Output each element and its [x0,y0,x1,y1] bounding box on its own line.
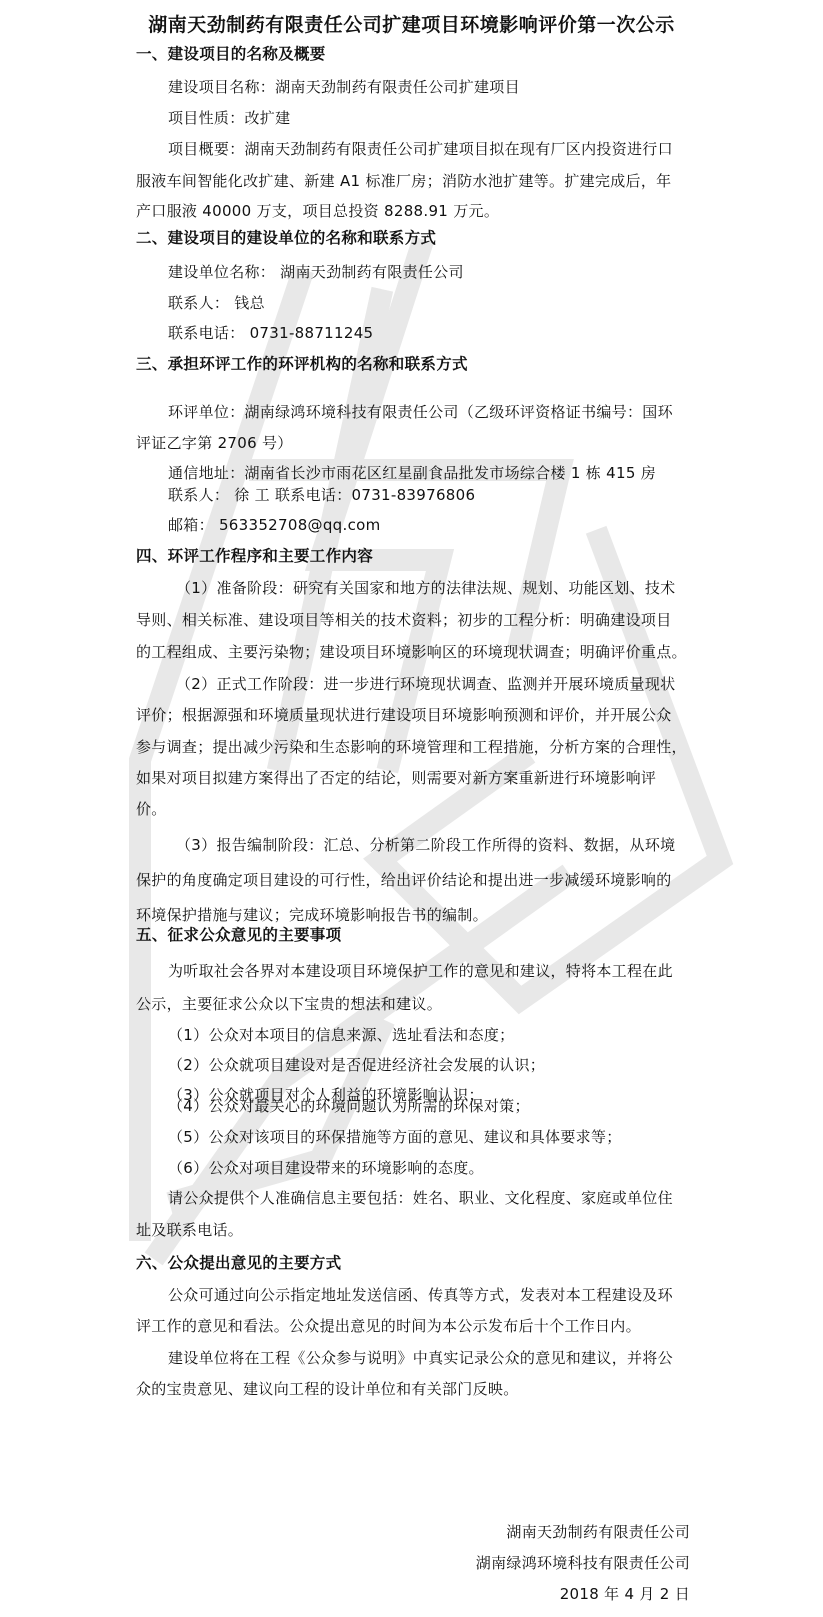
signature-company-2: 湖南绿鸿环境科技有限责任公司 [476,1553,690,1573]
paragraph-line: 址及联系电话。 [136,1220,243,1240]
section-heading-6: 六、公众提出意见的主要方式 [136,1253,341,1273]
paragraph-line: 建设单位将在工程《公众参与说明》中真实记录公众的意见和建议，并将公 [168,1348,673,1368]
list-item: （4）公众对最关心的环境问题认为所需的环保对策； [168,1096,530,1116]
paragraph-line: 请公众提供个人准确信息主要包括：姓名、职业、文化程度、家庭或单位住 [168,1188,673,1208]
list-item: （5）公众对该项目的环保措施等方面的意见、建议和具体要求等； [168,1127,622,1147]
paragraph-line: 公众可通过向公示指定地址发送信函、传真等方式，发表对本工程建设及环 [168,1285,673,1305]
list-item: （6）公众对项目建设带来的环境影响的态度。 [168,1158,484,1178]
paragraph-line: 评工作的意见和看法。公众提出意见的时间为本公示发布后十个工作日内。 [136,1316,641,1336]
signature-date: 2018 年 4 月 2 日 [560,1584,690,1604]
paragraph-line: 众的宝贵意见、建议向工程的设计单位和有关部门反映。 [136,1379,519,1399]
document-page-lower: （4）公众对最关心的环境问题认为所需的环保对策； （5）公众对该项目的环保措施等… [0,0,823,1617]
signature-company-1: 湖南天劲制药有限责任公司 [506,1522,690,1542]
